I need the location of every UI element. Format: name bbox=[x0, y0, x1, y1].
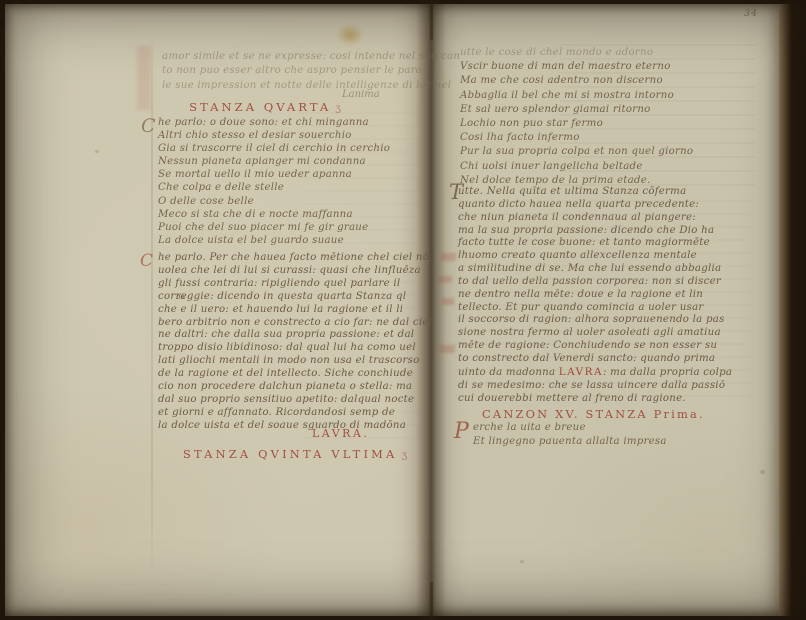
binding-thread-top bbox=[430, 0, 433, 40]
drop-cap-initial: C bbox=[140, 251, 153, 271]
red-bleed-smudge bbox=[441, 253, 456, 261]
commentary-line: la dolce uista et del soaue sguardo di m… bbox=[158, 420, 432, 433]
commentary-line: lhuomo creato quanto allexcellenza menta… bbox=[458, 250, 732, 263]
commentary-line: to dal uello della passion corporea: non… bbox=[458, 276, 732, 289]
poem-line: Altri chio stesso el desiar souerchio bbox=[158, 129, 390, 142]
book-fore-edge bbox=[779, 4, 791, 616]
commentary-line-with-laura: uinto da madonna LAVRA: ma dalla propria… bbox=[458, 366, 732, 380]
poem-line: Ma me che cosi adentro non discerno bbox=[460, 74, 693, 88]
stanza-quarta-poem: he parlo: o doue sono: et chi mingannaAl… bbox=[158, 116, 390, 247]
commentary-line: sione nostra fermo al uoler asoleati agl… bbox=[458, 327, 732, 340]
commentary-line: lati gliochi mentali in modo non usa el … bbox=[158, 355, 432, 368]
right-commentary: utte. Nella quīta et ultima Stanza cōfer… bbox=[458, 186, 732, 405]
poem-line: erche la uita e breue bbox=[473, 421, 667, 435]
drop-cap-initial: P bbox=[454, 419, 469, 444]
commentary-line: mēte de ragione: Conchiudendo se non ess… bbox=[458, 340, 732, 353]
commentary-line: il soccorso di ragion: alhora soprauenen… bbox=[458, 314, 732, 327]
rubric-stanza-quarta: STANZA QVARTAʒ bbox=[150, 100, 380, 114]
commentary-line: cio non procedere dalchun pianeta o stel… bbox=[158, 381, 432, 394]
foxing-spot bbox=[760, 470, 765, 474]
poem-line: Abbaglia il bel che mi si mostra intorno bbox=[460, 89, 693, 103]
flourish-mark: ʒ bbox=[335, 103, 341, 114]
left-commentary-fragment: amor simile et se ne expresse: cosi inte… bbox=[162, 50, 460, 93]
rubric-stanza-quinta: STANZA QVINTA VLTIMAʒ bbox=[183, 447, 407, 461]
commentary-line: dal suo proprio sensitiuo apetito: dalqu… bbox=[158, 394, 432, 407]
canzon-xv-incipit: erche la uita e breueEt lingegno pauenta… bbox=[473, 421, 667, 449]
poem-line: Se mortal uello il mio ueder apanna bbox=[158, 168, 390, 181]
red-bleed-smudge bbox=[440, 345, 455, 353]
drop-cap-initial: C bbox=[141, 115, 156, 137]
rubric-text: STANZA QVINTA VLTIMA bbox=[183, 447, 397, 461]
foxing-spot bbox=[520, 560, 524, 563]
poem-line: Et sal uero splendor giamai ritorno bbox=[460, 103, 693, 117]
poem-line: Puoi che del suo piacer mi fe gir graue bbox=[158, 221, 390, 234]
commentary-line: le sue impression et notte delle intelli… bbox=[162, 79, 460, 93]
rubric-laura: LAVRA. bbox=[312, 427, 369, 440]
commentary-line: troppo disio libidinoso: dal qual lui ha… bbox=[158, 342, 432, 355]
poem-line: Nessun pianeta apianger mi condanna bbox=[158, 155, 390, 168]
binding-thread-bottom bbox=[430, 582, 433, 620]
laura-line-post: : ma dalla propria colpa bbox=[603, 367, 732, 378]
rubric-laura-inline: LAVRA bbox=[559, 366, 603, 378]
poem-line: Chi uolsi inuer langelicha beltade bbox=[460, 160, 693, 174]
catchword: Lanima bbox=[342, 89, 380, 100]
commentary-line: to constrecto dal Venerdi sancto: quando… bbox=[458, 353, 732, 366]
commentary-line: et giorni e affannato. Ricordandosi semp… bbox=[158, 407, 432, 420]
poem-line: Lochio non puo star fermo bbox=[460, 117, 693, 131]
poem-line: utte le cose di chel mondo e adorno bbox=[460, 46, 693, 60]
commentary-line: quanto dicto hauea nella quarta preceden… bbox=[458, 199, 732, 212]
foxing-spot bbox=[95, 150, 99, 153]
poem-line: La dolce uista el bel guardo suaue bbox=[158, 234, 390, 247]
commentary-line: che e il uero: et hauendo lui la ragione… bbox=[158, 304, 432, 317]
commentary-line: utte. Nella quīta et ultima Stanza cōfer… bbox=[458, 186, 732, 199]
commentary-line: tellecto. Et pur quando comincia a uoler… bbox=[458, 302, 732, 315]
commentary-line: bero arbitrio non e constrecto a cio far… bbox=[158, 317, 432, 330]
left-commentary: he parlo. Per che hauea facto mētione ch… bbox=[158, 252, 432, 433]
folio-number: 34 bbox=[744, 8, 758, 19]
red-bleed-smudge bbox=[439, 276, 452, 283]
poem-line: Pur la sua propria colpa et non quel gio… bbox=[460, 145, 693, 159]
commentary-line: amor simile et se ne expresse: cosi inte… bbox=[162, 50, 460, 64]
poem-line: Cosi lha facto infermo bbox=[460, 131, 693, 145]
commentary-line: di se medesimo: che se lassa uincere dal… bbox=[458, 380, 732, 393]
red-bleed-smudge bbox=[442, 298, 454, 305]
poem-line: he parlo: o doue sono: et chi minganna bbox=[158, 116, 390, 129]
commentary-line: to non puo esser altro che aspro pensier… bbox=[162, 64, 460, 78]
commentary-line: cui douerebbi mettere al freno di ragion… bbox=[458, 393, 732, 406]
poem-line: O delle cose belle bbox=[158, 195, 390, 208]
commentary-line: uolea che lei di lui si curassi: quasi c… bbox=[158, 265, 432, 278]
commentary-line: gli fussi contraria: ripigliendo quel pa… bbox=[158, 278, 432, 291]
commentary-line: correggie: dicendo in questa quarta Stan… bbox=[158, 291, 432, 304]
rubric-text: STANZA QVARTA bbox=[189, 100, 331, 114]
commentary-line: de la ragione et del intellecto. Siche c… bbox=[158, 368, 432, 381]
laura-line-pre: uinto da madonna bbox=[458, 367, 559, 378]
commentary-line: che niun pianeta il condennaua al piange… bbox=[458, 212, 732, 225]
commentary-line: ne dentro nella mēte: doue e la ragione … bbox=[458, 289, 732, 302]
parchment-crease bbox=[151, 30, 153, 590]
commentary-line: facto tutte le cose buone: et tanto magi… bbox=[458, 237, 732, 250]
commentary-line: a similitudine di se. Ma che lui essendo… bbox=[458, 263, 732, 276]
poem-line: Meco si sta che di e nocte maffanna bbox=[158, 208, 390, 221]
commentary-line: ne daltri: che dalla sua propria passion… bbox=[158, 329, 432, 342]
stanza-quinta-poem: utte le cose di chel mondo e adornoVscir… bbox=[460, 46, 693, 188]
poem-line: Et lingegno pauenta allalta impresa bbox=[473, 435, 667, 449]
poem-line: Che colpa e delle stelle bbox=[158, 181, 390, 194]
poem-line: Vscir buone di man del maestro eterno bbox=[460, 60, 693, 74]
poem-line: Gia si trascorre il ciel di cerchio in c… bbox=[158, 142, 390, 155]
commentary-line: he parlo. Per che hauea facto mētione ch… bbox=[158, 252, 432, 265]
flourish-mark: ʒ bbox=[401, 450, 407, 461]
rubric-canzon-xv: CANZON XV. STANZA Prima. bbox=[482, 407, 705, 421]
commentary-line: ma la sua propria passione: dicendo che … bbox=[458, 225, 732, 238]
manuscript-photo: amor simile et se ne expresse: cosi inte… bbox=[0, 0, 806, 620]
